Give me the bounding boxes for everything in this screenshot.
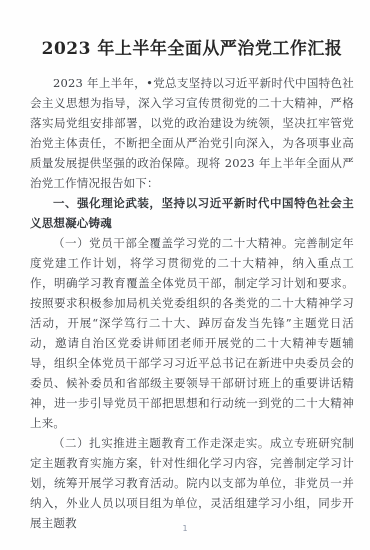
page-footer: 1 — [0, 516, 370, 535]
paragraph-intro: 2023 年上半年，•党总支坚持以习近平新时代中国特色社会主义思想为指导，深入学… — [30, 73, 354, 193]
document-page: 2023 年上半年全面从严治党工作汇报 2023 年上半年，•党总支坚持以习近平… — [0, 0, 370, 550]
paragraph-section-1-1: （一）党员干部全覆盖学习党的二十大精神。完善制定年度党建工作计划，将学习贯彻党的… — [30, 233, 354, 433]
page-number: 1 — [182, 524, 187, 533]
section-heading-1: 一、强化理论武装，坚持以习近平新时代中国特色社会主义思想凝心铸魂 — [30, 193, 354, 233]
document-title: 2023 年上半年全面从严治党工作汇报 — [30, 36, 354, 62]
